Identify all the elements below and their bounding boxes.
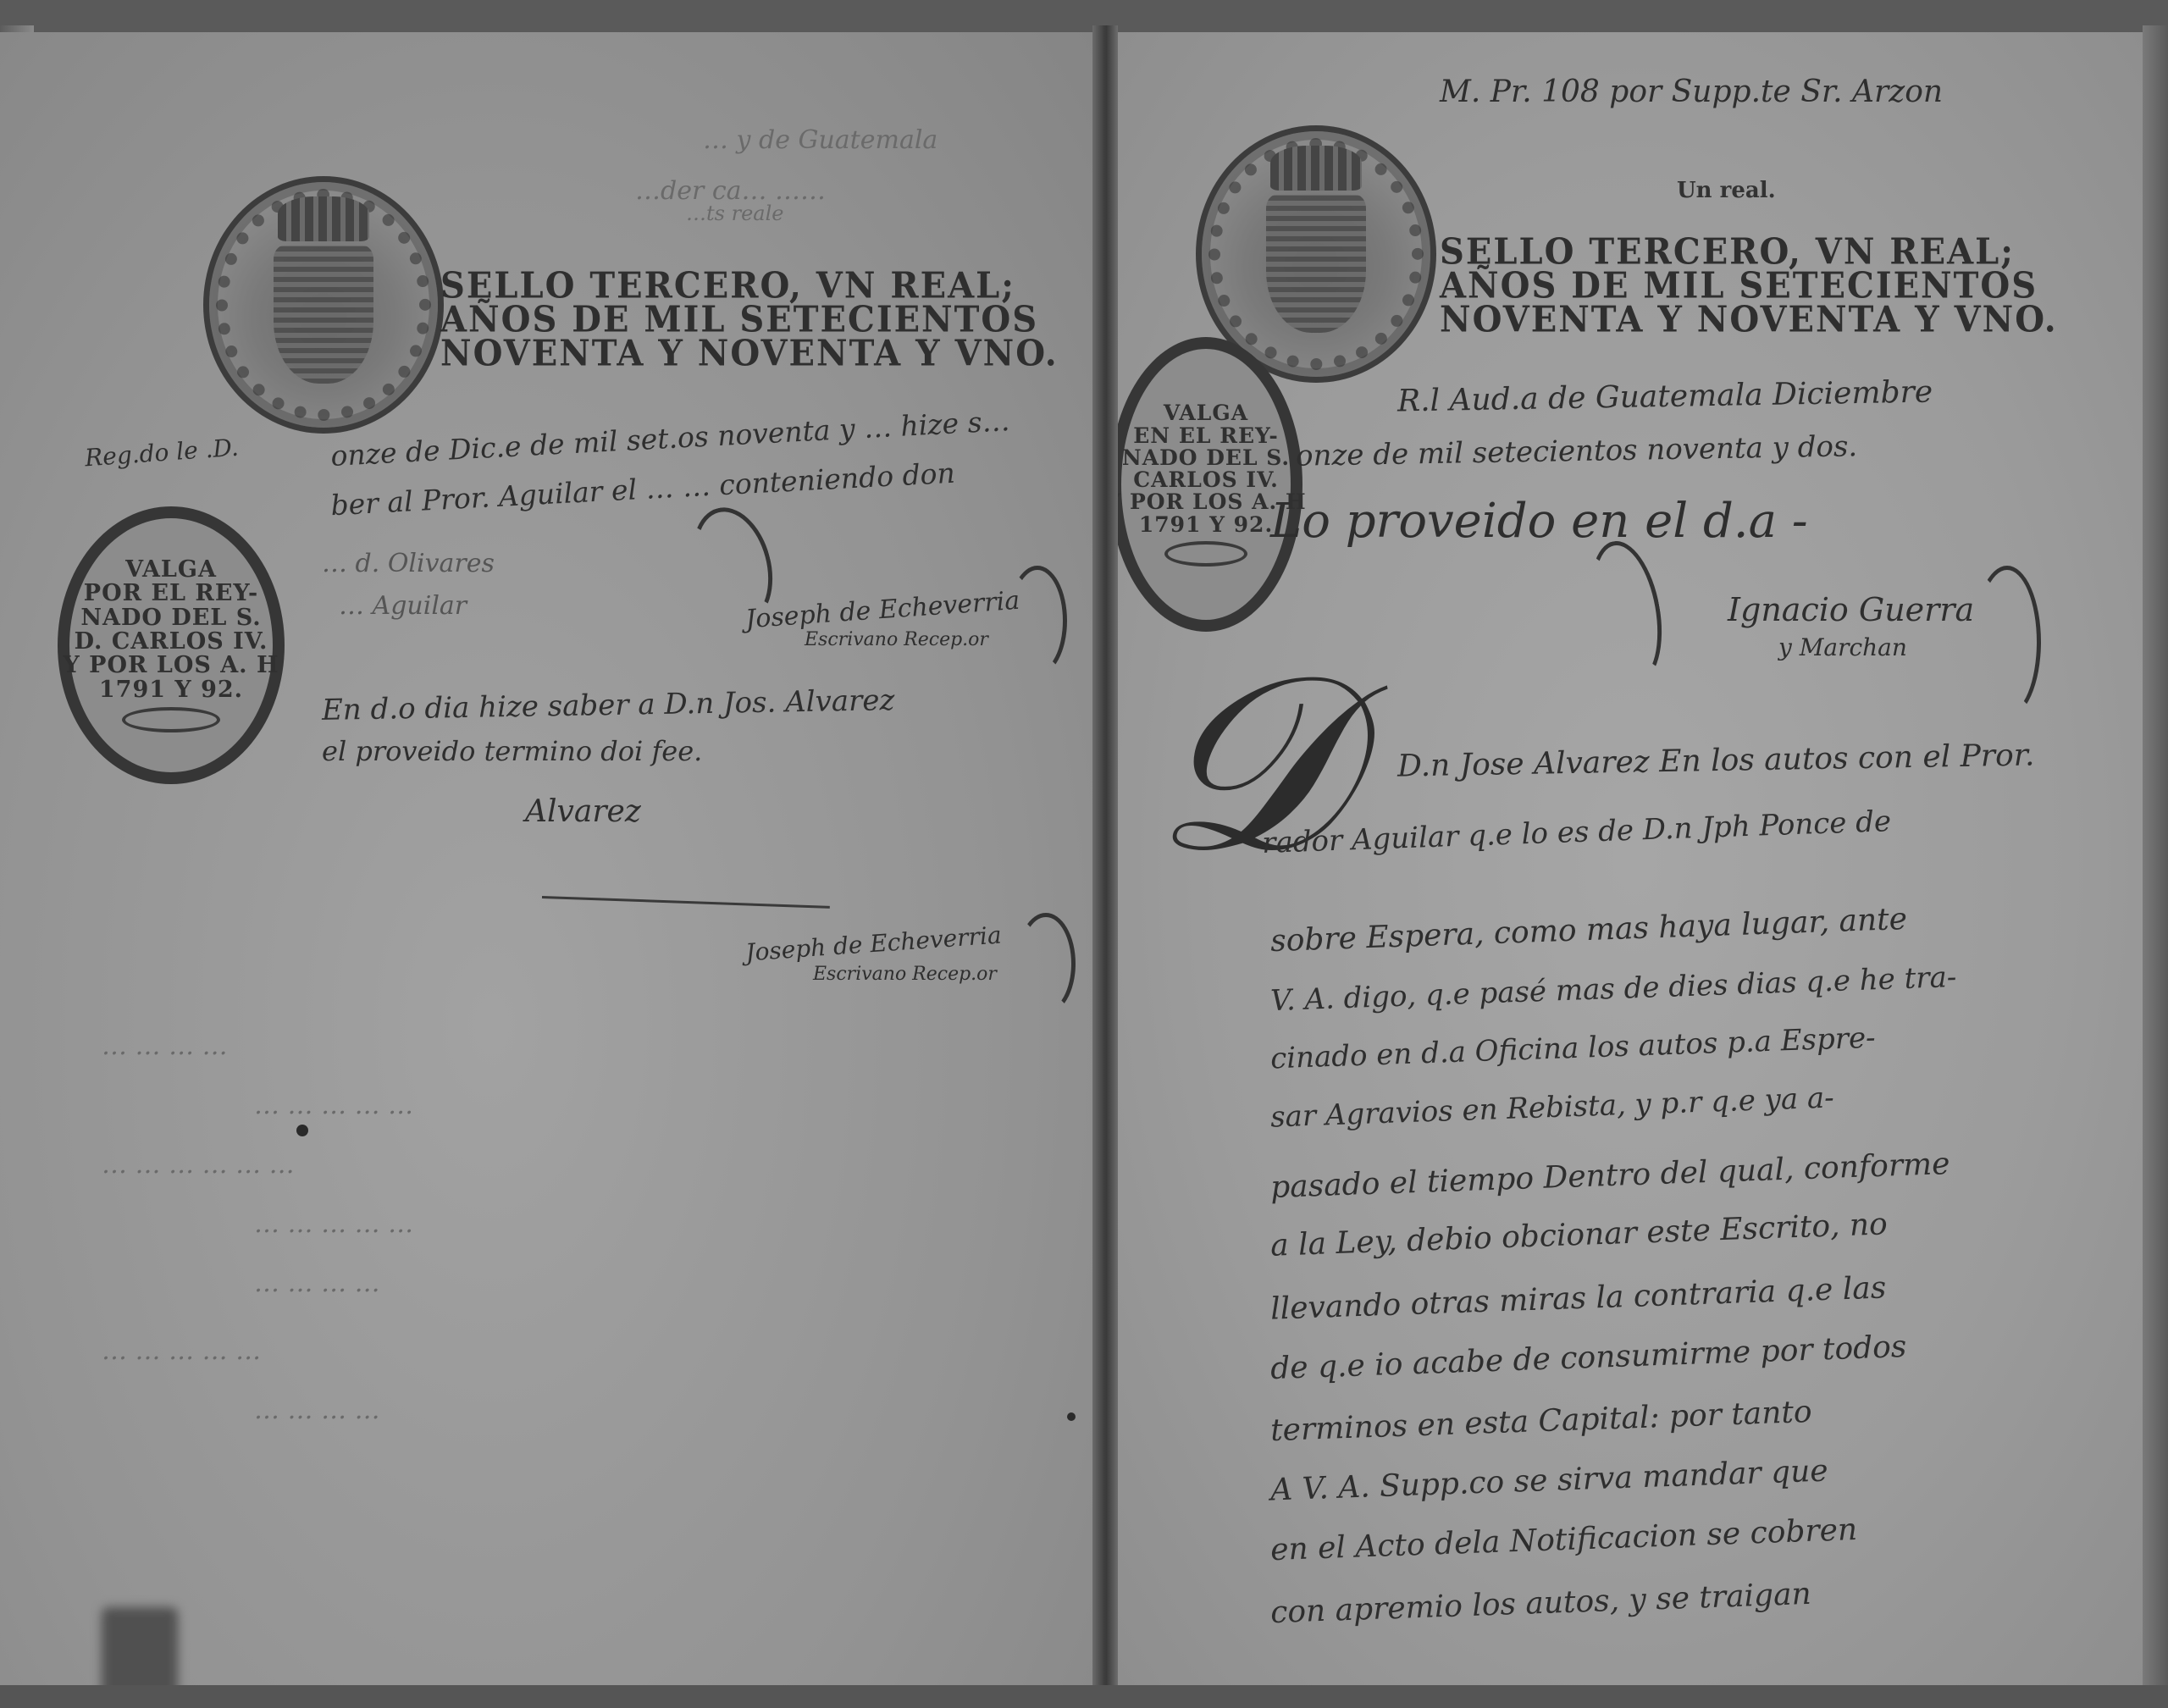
rubric-flourish (1580, 535, 1672, 688)
header-line: NOVENTA Y NOVENTA Y VNO. (440, 336, 1059, 372)
rubric-flourish (1973, 566, 2041, 718)
decree-line: onze de mil setecientos noventa y dos. (1296, 429, 1858, 473)
stamp-line: D. CARLOS IV. (75, 630, 268, 654)
stamp-line: EN EL REY- (1133, 425, 1279, 447)
stamp-line: VALGA (1164, 402, 1248, 424)
stamp-line: 1791 Y 92. (1139, 514, 1273, 536)
book-gutter (1092, 25, 1118, 1694)
signature-title: Escrivano Recep.or (813, 964, 997, 985)
signature-underline (542, 896, 830, 909)
valga-revalidation-stamp: VALGA POR EL REY- NADO DEL S. D. CARLOS … (58, 506, 285, 784)
stamp-line: NADO DEL S. (80, 606, 261, 630)
bleed-through-line: … … … … … (254, 1209, 413, 1239)
left-page: … y de Guatemala …der ca… …… …ts reale S… (0, 32, 1092, 1688)
handwritten-line: el proveido termino doi fee. (322, 735, 702, 767)
folio-note: M. Pr. 108 por Supp.te Sr. Arzon (1440, 75, 1943, 109)
right-page: M. Pr. 108 por Supp.te Sr. Arzon Un real… (1118, 32, 2151, 1688)
bleed-through-line: … … … … … … (102, 1150, 295, 1180)
signature-name: Ignacio Guerra (1728, 591, 1974, 628)
margin-note: Reg.do le .D. (84, 434, 240, 473)
bleed-through-line: … … … … (254, 1396, 380, 1425)
body-line: cinado en d.a Oficina los autos p.a Espr… (1270, 1021, 1877, 1076)
handwritten-line: En d.o dia hize saber a D.n Jos. Alvarez (322, 683, 895, 727)
shield-icon (1266, 195, 1367, 332)
right-page-edge (2143, 25, 2168, 1694)
body-line: pasado el tiempo Dentro del qual, confor… (1270, 1147, 1951, 1205)
signature-name: Joseph de Echeverria (744, 920, 1002, 966)
header-line: NOVENTA Y NOVENTA Y VNO. (1440, 302, 2058, 338)
body-line: sobre Espera, como mas haya lugar, ante (1270, 902, 1908, 959)
stamp-line: NADO DEL S. (1122, 447, 1290, 469)
handwritten-line: … Aguilar (339, 591, 467, 621)
royal-coat-of-arms-seal (203, 176, 444, 434)
un-real-label: Un real. (1677, 178, 1776, 203)
signature-alvarez: Alvarez (525, 794, 641, 829)
crown-icon (1270, 146, 1362, 190)
stamp-line: POR EL REY- (84, 582, 258, 605)
body-line: terminos en esta Capital: por tanto (1269, 1395, 1812, 1448)
faint-top-line: …ts reale (686, 202, 783, 225)
body-line: V. A. digo, q.e pasé mas de dies dias q.… (1270, 960, 1957, 1018)
stamp-line: 1791 Y 92. (99, 678, 243, 702)
shield-icon (274, 246, 374, 383)
faint-top-line: … y de Guatemala (703, 125, 937, 155)
bleed-through-line: … … … … (254, 1269, 380, 1298)
valga-revalidation-stamp: VALGA EN EL REY- NADO DEL S. CARLOS IV. … (1118, 337, 1302, 632)
body-line: D.n Jose Alvarez En los autos con el Pro… (1397, 738, 2035, 783)
ink-spot (1067, 1412, 1076, 1421)
stamp-ornament (1164, 541, 1247, 567)
scanned-manuscript: … y de Guatemala …der ca… …… …ts reale S… (0, 0, 2168, 1708)
stamped-paper-header: SELLO TERCERO, VN REAL; AÑOS DE MIL SETE… (1440, 235, 2058, 337)
body-line: a la Ley, debio obcionar este Escrito, n… (1270, 1207, 1889, 1263)
scan-shadow (102, 1607, 178, 1688)
body-line: en el Acto dela Notificacion se cobren (1269, 1512, 1857, 1567)
body-line: de q.e io acabe de consumirme por todos (1270, 1329, 1907, 1386)
scan-bottom-edge (0, 1685, 2168, 1708)
stamp-line: VALGA (125, 558, 217, 582)
rubric-flourish (1016, 913, 1076, 1014)
crown-icon (278, 196, 369, 240)
stamp-ornament (122, 707, 220, 732)
rubric-flourish (1008, 566, 1067, 676)
body-line: llevando otras miras la contraria q.e la… (1270, 1270, 1887, 1326)
body-line: con apremio los autos, y se traigan (1269, 1577, 1811, 1630)
signature-title: y Marchan (1778, 633, 1907, 661)
decree-line: R.l Aud.a de Guatemala Diciembre (1397, 374, 1933, 418)
signature-name: Joseph de Echeverria (744, 586, 1020, 635)
body-line: A V. A. Supp.co se sirva mandar que (1269, 1454, 1828, 1508)
bleed-through-line: … … … … … (102, 1336, 261, 1366)
handwritten-line: … d. Olivares (322, 549, 495, 578)
body-line: rador Aguilar q.e lo es de D.n Jph Ponce… (1262, 804, 1892, 860)
bleed-through-line: … … … … (102, 1031, 228, 1061)
signature-title: Escrivano Recep.or (805, 629, 988, 650)
ink-spot (296, 1125, 308, 1136)
bleed-through-line: … … … … … (254, 1091, 413, 1120)
decree-line-large: Lo proveido en el d.a - (1270, 494, 1808, 549)
stamped-paper-header: SELLO TERCERO, VN REAL; AÑOS DE MIL SETE… (440, 269, 1059, 371)
stamp-line: CARLOS IV. (1133, 469, 1279, 491)
body-line: sar Agravios en Rebista, y p.r q.e ya a- (1270, 1081, 1835, 1134)
stamp-line: Y POR LOS A. H (64, 654, 279, 677)
